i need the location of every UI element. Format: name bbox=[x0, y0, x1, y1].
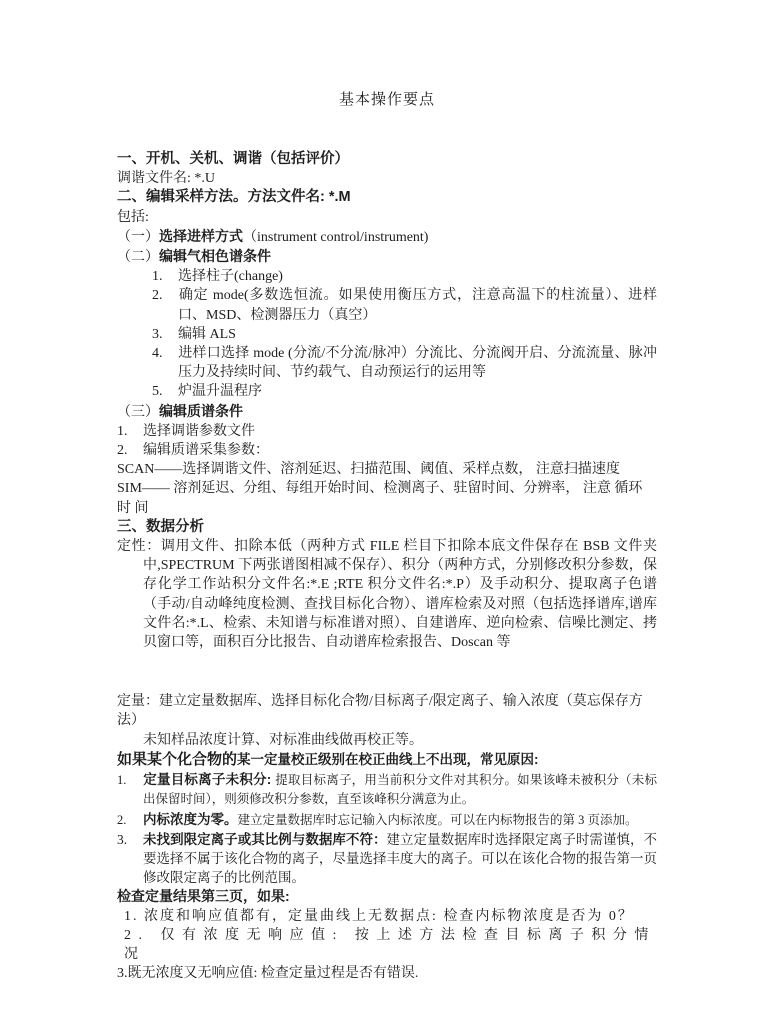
item-number: 2. bbox=[152, 286, 178, 305]
heading-calibration-issues: 如果某个化合物的某一定量校正级别在校正曲线上不出现，常见原因: bbox=[117, 750, 657, 770]
calibration-issue-list: 1.定量目标离子未积分: 提取目标离子，用当前积分文件对其积分。如果该峰未被积分… bbox=[117, 770, 657, 887]
heading-section-2: 二、编辑采样方法。方法文件名: *.M bbox=[117, 188, 657, 207]
line-sub-item-1: （一）选择进样方式（instrument control/instrument) bbox=[117, 227, 657, 247]
item-text: 建立定量数据库时忘记输入内标浓度。可以在内标物报告的第 3 页添加。 bbox=[238, 813, 638, 827]
heading-section-1: 一、开机、关机、调谐（包括评价） bbox=[117, 150, 657, 169]
ms-condition-item-2: 2.编辑质谱采集参数： bbox=[117, 441, 657, 460]
quantitative-text-line1: 建立定量数据库、选择目标化合物/目标离子/限定离子、输入浓度（莫忘保存方法） bbox=[117, 694, 643, 728]
line-includes: 包括: bbox=[117, 208, 657, 227]
ms-condition-item-1: 1.选择调谐参数文件 bbox=[117, 422, 657, 441]
calibration-issue-item-2: 2.内标浓度为零。建立定量数据库时忘记输入内标浓度。可以在内标物报告的第 3 页… bbox=[117, 810, 657, 830]
sub-item-3-title: 编辑质谱条件 bbox=[159, 403, 243, 419]
gc-condition-list: 1.选择柱子(change) 2.确定 mode(多数选恒流。如果使用衡压方式，… bbox=[117, 267, 657, 401]
para-qualitative-analysis: 定性：调用文件、扣除本低（两种方式 FILE 栏目下扣除本底文件保存在 BSB … bbox=[117, 537, 657, 652]
item-number: 1. bbox=[117, 422, 143, 441]
item-title: 未找到限定离子或其比例与数据库不符： bbox=[143, 832, 387, 847]
item-text: 炉温升温程序 bbox=[178, 384, 262, 399]
check-result-item-3: 3.既无浓度又无响应值: 检查定量过程是否有错误. bbox=[117, 964, 657, 983]
document-content: 基本操作要点 一、开机、关机、调谐（包括评价） 调谐文件名: *.U 二、编辑采… bbox=[117, 88, 657, 983]
item-number: 1. bbox=[152, 267, 178, 286]
ms-condition-list: 1.选择调谐参数文件 2.编辑质谱采集参数： bbox=[117, 422, 657, 460]
gc-condition-item-2: 2.确定 mode(多数选恒流。如果使用衡压方式，注意高温下的柱流量）、进样口、… bbox=[152, 286, 657, 324]
item-number: 1. bbox=[117, 771, 143, 790]
gc-condition-item-3: 3.编辑 ALS bbox=[152, 325, 657, 344]
quantitative-label: 定量： bbox=[117, 694, 159, 709]
item-text: 确定 mode(多数选恒流。如果使用衡压方式，注意高温下的柱流量）、进样口、MS… bbox=[178, 288, 657, 322]
calibration-issue-item-1: 1.定量目标离子未积分: 提取目标离子，用当前积分文件对其积分。如果该峰未被积分… bbox=[117, 770, 657, 809]
item-text: 编辑质谱采集参数： bbox=[143, 443, 269, 458]
line-sub-item-2: （二）编辑气相色谱条件 bbox=[117, 247, 657, 267]
gc-condition-item-5: 5.炉温升温程序 bbox=[152, 382, 657, 401]
item-number: 2. bbox=[117, 811, 143, 830]
line-sim-parameters: SIM—— 溶剂延迟、分组、每组开始时间、检测离子、驻留时间、分辨率， 注意 循… bbox=[117, 479, 657, 517]
para-quantitative-analysis: 定量：建立定量数据库、选择目标化合物/目标离子/限定离子、输入浓度（莫忘保存方法… bbox=[117, 692, 657, 730]
calibration-heading-lead: 如果某个化合物的 bbox=[117, 751, 237, 768]
heading-section-3: 三、数据分析 bbox=[117, 518, 657, 537]
item-number: 3. bbox=[117, 830, 143, 849]
check-result-item-2: 2. 仅有浓度无响应值: 按上述方法检查目标离子积分情况 bbox=[124, 926, 657, 964]
item-number: 4. bbox=[152, 344, 178, 363]
sub-item-1-number: （一） bbox=[117, 230, 159, 245]
check-result-item-1: 1. 浓度和响应值都有，定量曲线上无数据点: 检查内标物浓度是否为 0？ bbox=[124, 907, 657, 926]
check-result-list: 1. 浓度和响应值都有，定量曲线上无数据点: 检查内标物浓度是否为 0？ 2. … bbox=[117, 907, 657, 984]
line-scan-parameters: SCAN——选择调谐文件、溶剂延迟、扫描范围、阈值、采样点数， 注意扫描速度 bbox=[117, 460, 657, 479]
line-quantitative-continuation: 未知样品浓度计算、对标准曲线做再校正等。 bbox=[117, 731, 657, 750]
item-number: 3. bbox=[152, 325, 178, 344]
heading-check-quant-results: 检查定量结果第三页，如果: bbox=[117, 887, 657, 906]
item-title: 内标浓度为零。 bbox=[143, 812, 238, 827]
sub-item-1-detail: （instrument control/instrument) bbox=[243, 230, 428, 245]
qualitative-text: 调用文件、扣除本低（两种方式 FILE 栏目下扣除本底文件保存在 BSB 文件夹… bbox=[143, 539, 657, 650]
calibration-issue-item-3: 3.未找到限定离子或其比例与数据库不符：建立定量数据库时选择限定离子时需谨慎，不… bbox=[117, 830, 657, 888]
sub-item-1-title: 选择进样方式 bbox=[159, 228, 243, 244]
item-text: 选择调谐参数文件 bbox=[143, 424, 255, 439]
gc-condition-item-1: 1.选择柱子(change) bbox=[152, 267, 657, 286]
line-sub-item-3: （三）编辑质谱条件 bbox=[117, 402, 657, 422]
item-number: 5. bbox=[152, 382, 178, 401]
calibration-heading-rest: 某一定量校正级别在校正曲线上不出现，常见原因: bbox=[237, 752, 539, 767]
line-tune-file-name: 调谐文件名: *.U bbox=[117, 169, 657, 188]
document-title: 基本操作要点 bbox=[117, 88, 657, 109]
qualitative-label: 定性： bbox=[117, 539, 161, 554]
document-page: 基本操作要点 一、开机、关机、调谐（包括评价） 调谐文件名: *.U 二、编辑采… bbox=[0, 0, 768, 1024]
item-number: 2. bbox=[117, 441, 143, 460]
item-title: 定量目标离子未积分: bbox=[143, 772, 275, 787]
item-text: 选择柱子(change) bbox=[178, 269, 283, 284]
sub-item-2-number: （二） bbox=[117, 250, 159, 265]
sub-item-2-title: 编辑气相色谱条件 bbox=[159, 248, 271, 264]
gc-condition-item-4: 4.进样口选择 mode (分流/不分流/脉冲）分流比、分流阀开启、分流流量、脉… bbox=[152, 344, 657, 382]
sub-item-3-number: （三） bbox=[117, 405, 159, 420]
item-text: 编辑 ALS bbox=[178, 327, 236, 342]
item-text: 进样口选择 mode (分流/不分流/脉冲）分流比、分流阀开启、分流流量、脉冲压… bbox=[178, 346, 657, 380]
